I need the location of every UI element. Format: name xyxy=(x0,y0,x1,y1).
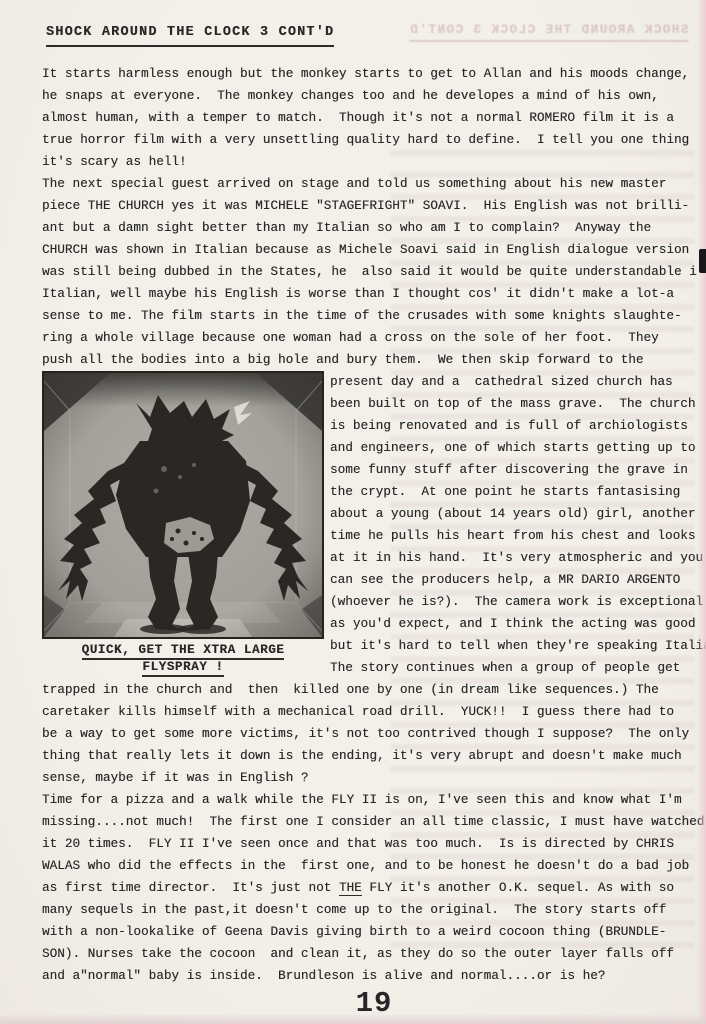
paragraph-the-church-intro: The next special guest arrived on stage … xyxy=(42,173,706,371)
ink-blotch-right-edge xyxy=(699,249,706,273)
photo-caption: QUICK, GET THE XTRA LARGEFLYSPRAY ! xyxy=(42,641,324,675)
monster-photo xyxy=(42,371,324,639)
scanned-fanzine-page: SHOCK AROUND THE CLOCK 3 CONT'D SHOCK AR… xyxy=(0,0,706,1024)
paragraph-monkey-shines-review: It starts harmless enough but the monkey… xyxy=(42,63,706,173)
photo-caption-line2: FLYSPRAY ! xyxy=(142,659,223,677)
fly-ii-underlined-word: THE xyxy=(339,880,362,896)
photo-caption-line1: QUICK, GET THE XTRA LARGE xyxy=(82,642,285,660)
scan-edge-right xyxy=(697,0,706,1024)
scan-edge-bottom xyxy=(0,1015,706,1024)
monster-photo-figure: QUICK, GET THE XTRA LARGEFLYSPRAY ! xyxy=(42,371,324,675)
page-title: SHOCK AROUND THE CLOCK 3 CONT'D xyxy=(46,24,334,47)
photo-grain xyxy=(44,373,322,637)
paragraph-fly-ii-review: Time for a pizza and a walk while the FL… xyxy=(42,789,706,987)
page-content: SHOCK AROUND THE CLOCK 3 CONT'D It start… xyxy=(0,0,706,1019)
monster-photo-svg xyxy=(44,373,322,637)
